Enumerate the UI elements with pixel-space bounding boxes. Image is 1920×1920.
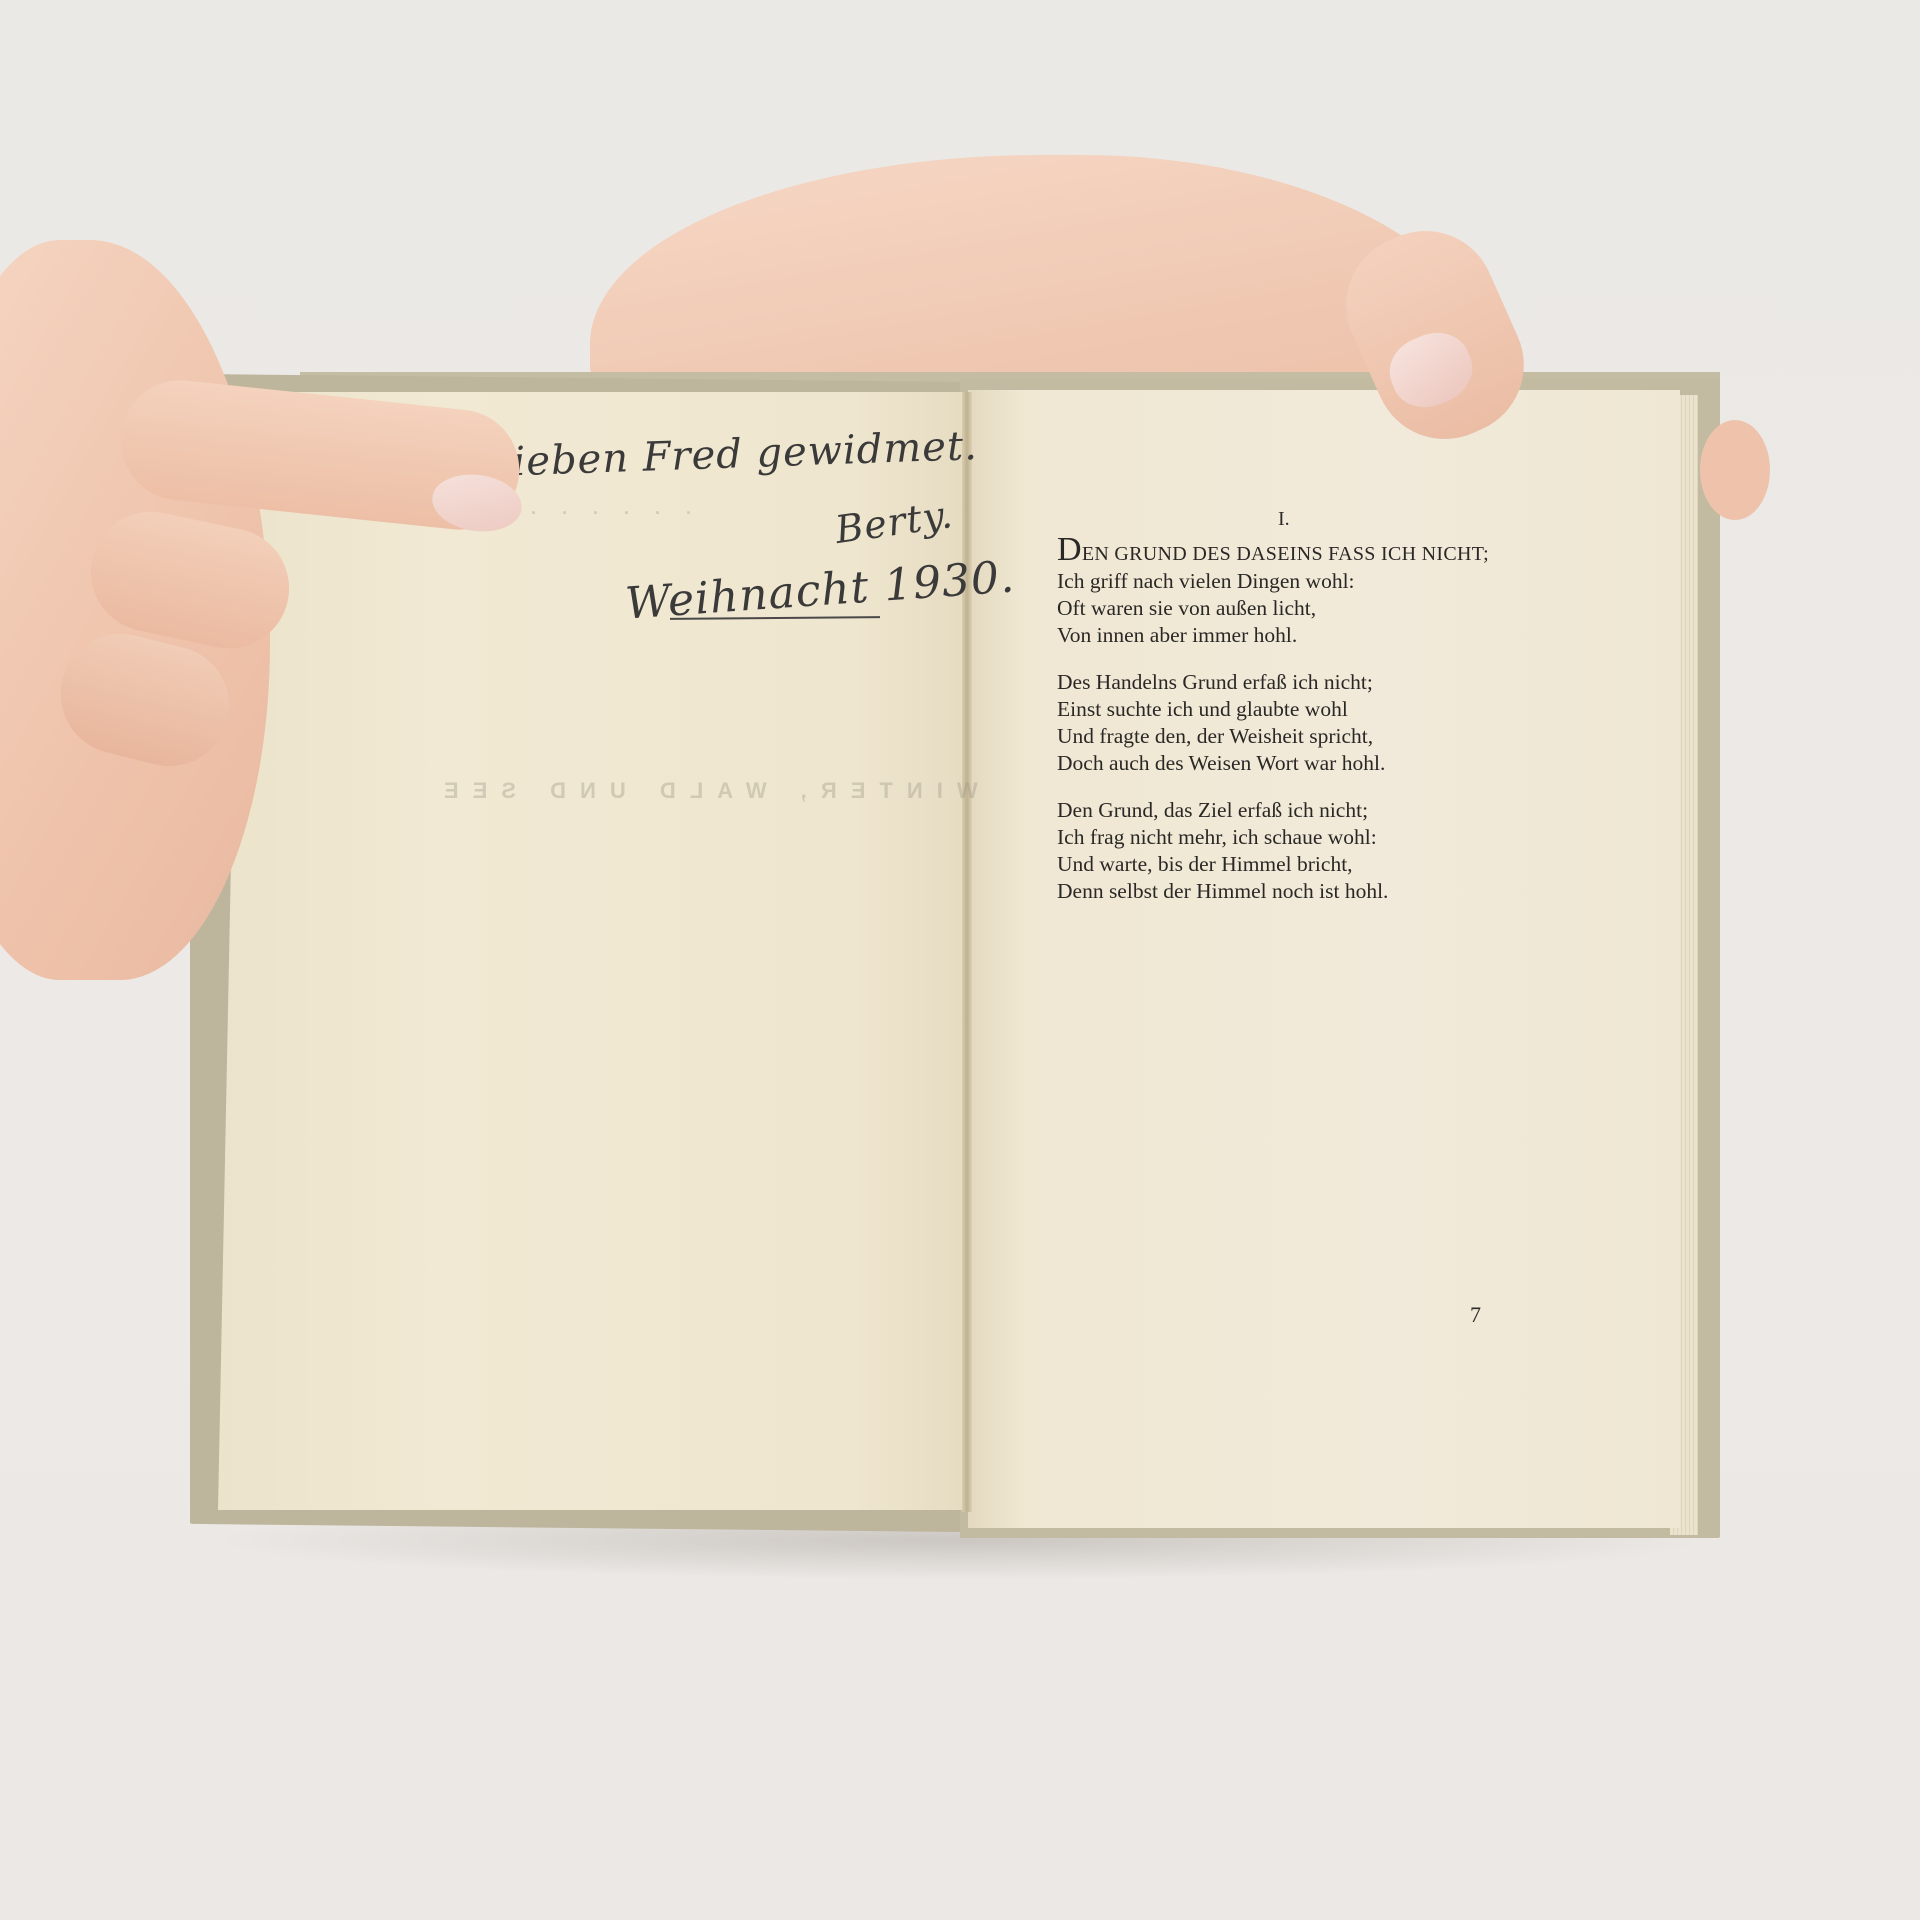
stanza-2: Des Handelns Grund erfaß ich nicht; Eins… bbox=[1057, 669, 1497, 777]
poem-line: DEN GRUND DES DASEINS FASS ICH NICHT; bbox=[1057, 540, 1497, 568]
stanza-1: DEN GRUND DES DASEINS FASS ICH NICHT; Ic… bbox=[1057, 540, 1497, 649]
poem: DEN GRUND DES DASEINS FASS ICH NICHT; Ic… bbox=[1057, 540, 1497, 925]
poem-line: Von innen aber immer hohl. bbox=[1057, 622, 1497, 649]
photo-scene: · · · · · · WINTER, WALD UND SEE …m lieb… bbox=[0, 0, 1920, 1920]
stanza-3: Den Grund, das Ziel erfaß ich nicht; Ich… bbox=[1057, 797, 1497, 905]
poem-line: Ich frag nicht mehr, ich schaue wohl: bbox=[1057, 824, 1497, 851]
bleed-through-title: WINTER, WALD UND SEE bbox=[430, 778, 978, 804]
dropcap: D bbox=[1057, 531, 1082, 568]
bleed-through-upper: · · · · · · bbox=[520, 503, 691, 524]
poem-line: Den Grund, das Ziel erfaß ich nicht; bbox=[1057, 797, 1497, 824]
poem-line: Oft waren sie von außen licht, bbox=[1057, 595, 1497, 622]
poem-line: Und fragte den, der Weisheit spricht, bbox=[1057, 723, 1497, 750]
poem-line: Und warte, bis der Himmel bricht, bbox=[1057, 851, 1497, 878]
poem-number: I. bbox=[1278, 508, 1290, 531]
left-page bbox=[218, 392, 963, 1510]
poem-line: Denn selbst der Himmel noch ist hohl. bbox=[1057, 878, 1497, 905]
right-fingertip bbox=[1700, 420, 1770, 520]
poem-line-text: EN GRUND DES DASEINS FASS ICH NICHT; bbox=[1082, 543, 1489, 565]
poem-line: Doch auch des Weisen Wort war hohl. bbox=[1057, 750, 1497, 777]
poem-line: Einst suchte ich und glaubte wohl bbox=[1057, 696, 1497, 723]
poem-line: Des Handelns Grund erfaß ich nicht; bbox=[1057, 669, 1497, 696]
poem-line: Ich griff nach vielen Dingen wohl: bbox=[1057, 568, 1497, 595]
page-number: 7 bbox=[1470, 1302, 1481, 1328]
